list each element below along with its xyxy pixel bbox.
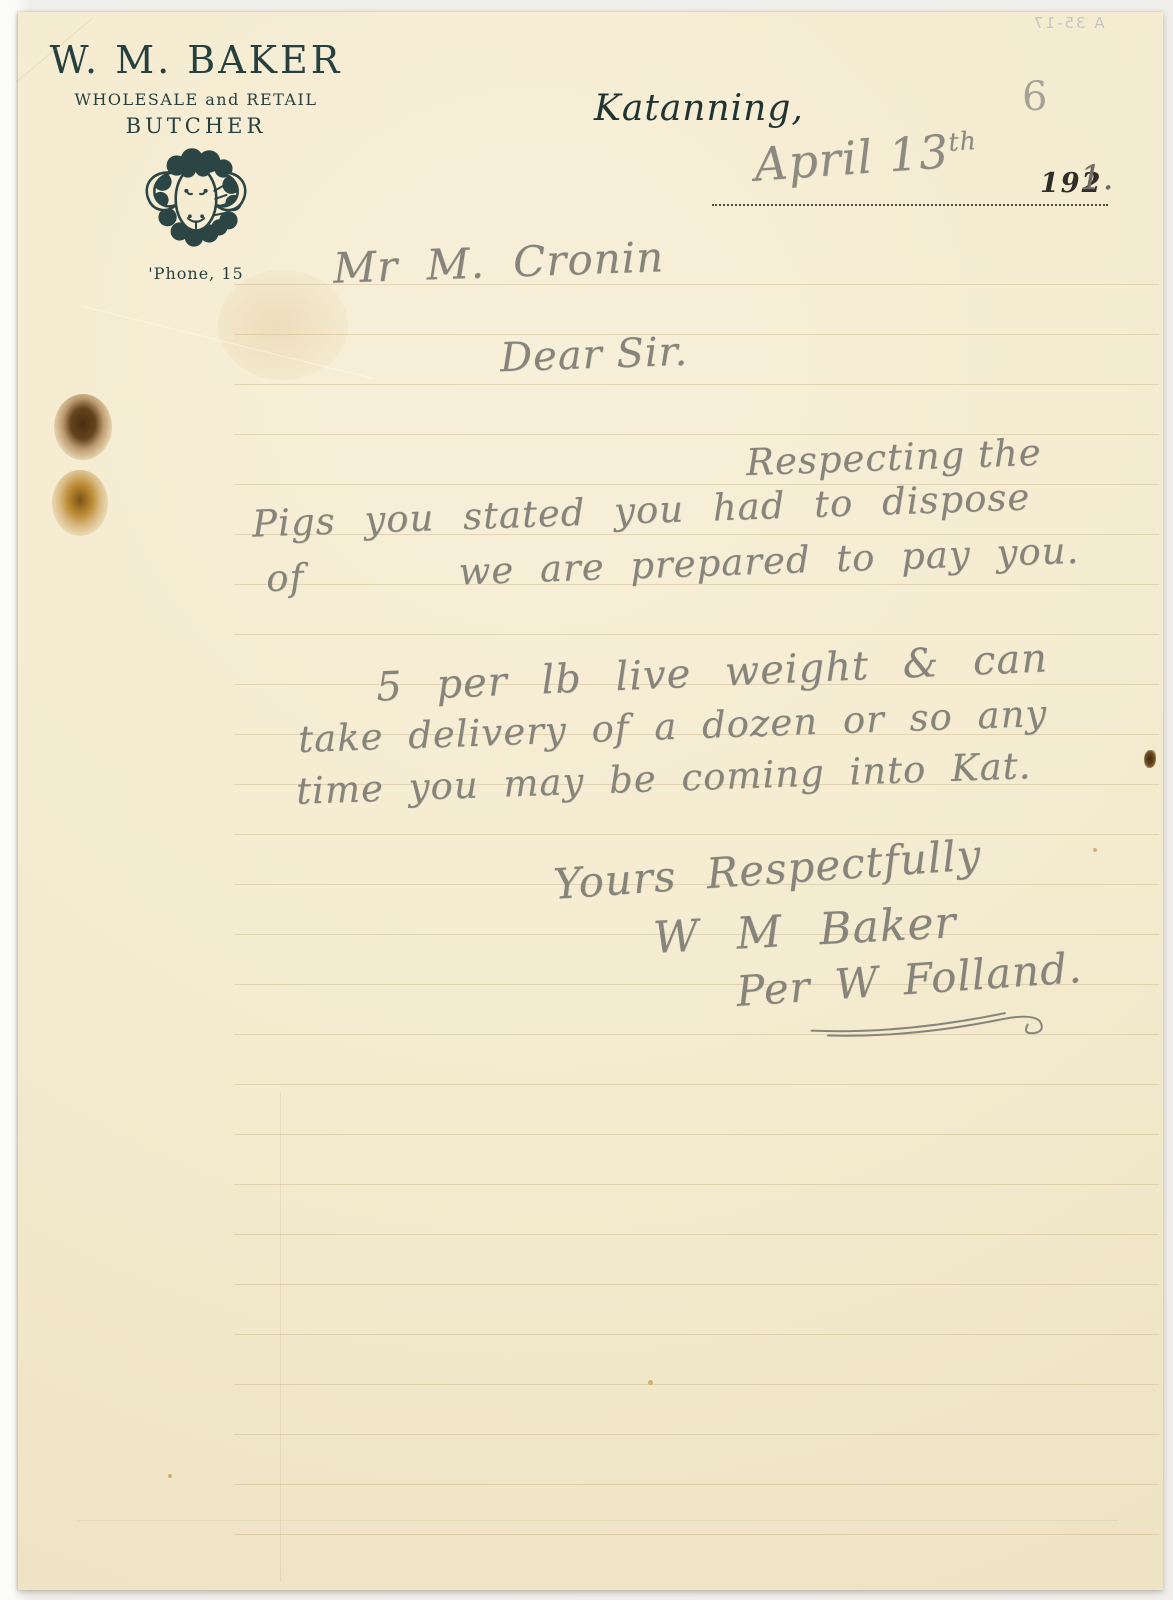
dark-burn-stain xyxy=(54,394,112,460)
page-number-stamp: 6 xyxy=(1022,74,1047,120)
phone-line: 'Phone, 15 xyxy=(44,264,348,283)
recipient-line: Mr M. Cronin xyxy=(332,232,665,293)
salutation-line: Dear Sir. xyxy=(499,329,689,382)
trade-line: WHOLESALE and RETAIL xyxy=(44,90,348,109)
paper-crease xyxy=(78,1520,1118,1521)
closing-line: Yours Respectfully xyxy=(552,830,983,909)
handwritten-year-digit: 1. xyxy=(1080,158,1114,198)
paper-crease xyxy=(280,1092,281,1582)
amber-stain xyxy=(52,470,108,536)
company-name: W. M. BAKER xyxy=(44,38,348,82)
paper-crease xyxy=(82,306,373,380)
ram-head-logo xyxy=(44,144,348,262)
letter-paper: W. M. BAKER WHOLESALE and RETAIL BUTCHER xyxy=(18,12,1163,1590)
paper-freckle xyxy=(168,1474,172,1478)
occupation-line: BUTCHER xyxy=(44,114,348,138)
date-suffix: th xyxy=(947,126,977,157)
faint-stain xyxy=(218,270,348,380)
paper-freckle xyxy=(648,1380,653,1385)
place-name: Katanning, xyxy=(594,88,804,129)
signature-flourish xyxy=(805,1001,1067,1063)
archival-note-showthrough: A 35-17 xyxy=(1032,14,1105,32)
letterhead: W. M. BAKER WHOLESALE and RETAIL BUTCHER xyxy=(44,38,348,283)
paper-freckle xyxy=(1093,848,1097,852)
right-edge-nick xyxy=(1144,750,1156,768)
